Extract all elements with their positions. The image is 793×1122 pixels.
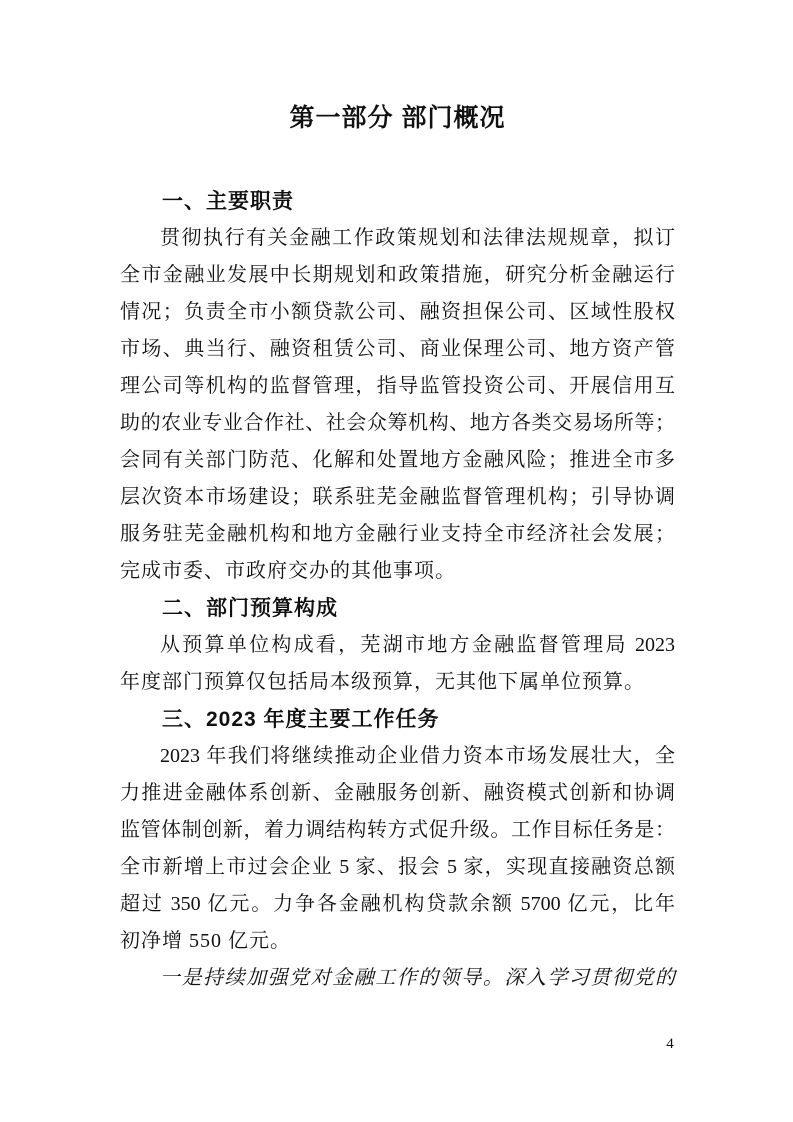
section-heading: 二、部门预算构成 — [120, 590, 675, 627]
text-line: 贯彻执行有关金融工作政策规划和法律法规规章，拟订 — [120, 220, 675, 257]
text-line: 全市新增上市过会企业 5 家、报会 5 家，实现直接融资总额 — [120, 849, 675, 886]
document-content: 第一部分 部门概况 一、主要职责贯彻执行有关金融工作政策规划和法律法规规章，拟订… — [120, 100, 675, 997]
text-line: 层次资本市场建设；联系驻芜金融监督管理机构；引导协调 — [120, 479, 675, 516]
text-line: 助的农业专业合作社、社会众筹机构、地方各类交易场所等； — [120, 405, 675, 442]
text-line: 一是持续加强党对金融工作的领导。深入学习贯彻党的 — [120, 960, 675, 997]
section-heading: 一、主要职责 — [120, 183, 675, 220]
text-line: 市场、典当行、融资租赁公司、商业保理公司、地方资产管 — [120, 331, 675, 368]
text-line: 会同有关部门防范、化解和处置地方金融风险；推进全市多 — [120, 442, 675, 479]
text-line: 2023 年我们将继续推动企业借力资本市场发展壮大，全 — [120, 738, 675, 775]
text-line: 超过 350 亿元。力争各金融机构贷款余额 5700 亿元，比年 — [120, 886, 675, 923]
page-number: 4 — [660, 1034, 680, 1054]
document-title: 第一部分 部门概况 — [120, 100, 675, 137]
document-body: 一、主要职责贯彻执行有关金融工作政策规划和法律法规规章，拟订全市金融业发展中长期… — [120, 183, 675, 997]
text-line: 力推进金融体系创新、金融服务创新、融资模式创新和协调 — [120, 775, 675, 812]
text-line: 理公司等机构的监督管理，指导监管投资公司、开展信用互 — [120, 368, 675, 405]
section-heading: 三、2023 年度主要工作任务 — [120, 701, 675, 738]
text-line: 初净增 550 亿元。 — [120, 923, 675, 960]
text-line: 完成市委、市政府交办的其他事项。 — [120, 553, 675, 590]
text-line: 监管体制创新，着力调结构转方式促升级。工作目标任务是： — [120, 812, 675, 849]
text-line: 从预算单位构成看，芜湖市地方金融监督管理局 2023 — [120, 627, 675, 664]
text-line: 情况；负责全市小额贷款公司、融资担保公司、区域性股权 — [120, 294, 675, 331]
text-line: 年度部门预算仅包括局本级预算，无其他下属单位预算。 — [120, 664, 675, 701]
text-line: 服务驻芜金融机构和地方金融行业支持全市经济社会发展； — [120, 516, 675, 553]
document-page: 第一部分 部门概况 一、主要职责贯彻执行有关金融工作政策规划和法律法规规章，拟订… — [0, 0, 793, 1122]
text-line: 全市金融业发展中长期规划和政策措施，研究分析金融运行 — [120, 257, 675, 294]
